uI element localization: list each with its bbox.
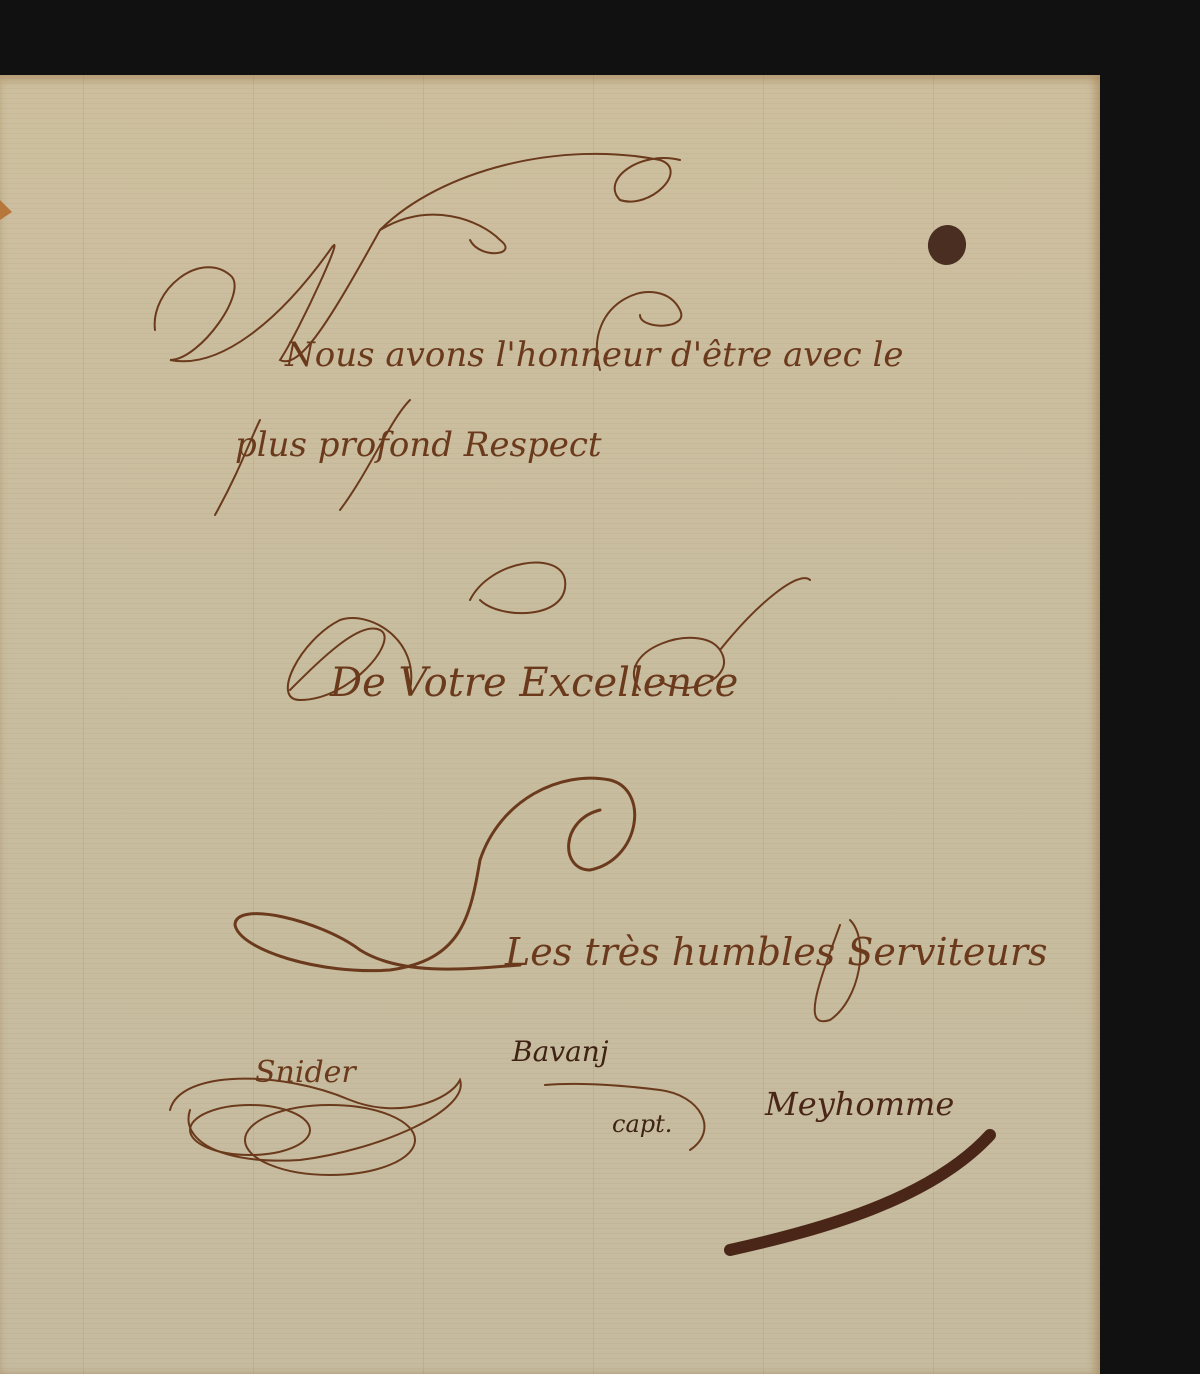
signature-left: Snider	[255, 1055, 356, 1090]
signature-center-title: capt.	[612, 1110, 672, 1138]
closing-line-1: Nous avons l'honneur d'être avec le	[285, 335, 903, 375]
closing-line-2: plus profond Respect	[235, 425, 602, 465]
signature-center: Bavanj	[512, 1035, 609, 1068]
closing-line-4: Les très humbles Serviteurs	[505, 930, 1048, 974]
signature-right: Meyhomme	[765, 1085, 954, 1123]
closing-line-3: De Votre Excellence	[330, 660, 738, 706]
